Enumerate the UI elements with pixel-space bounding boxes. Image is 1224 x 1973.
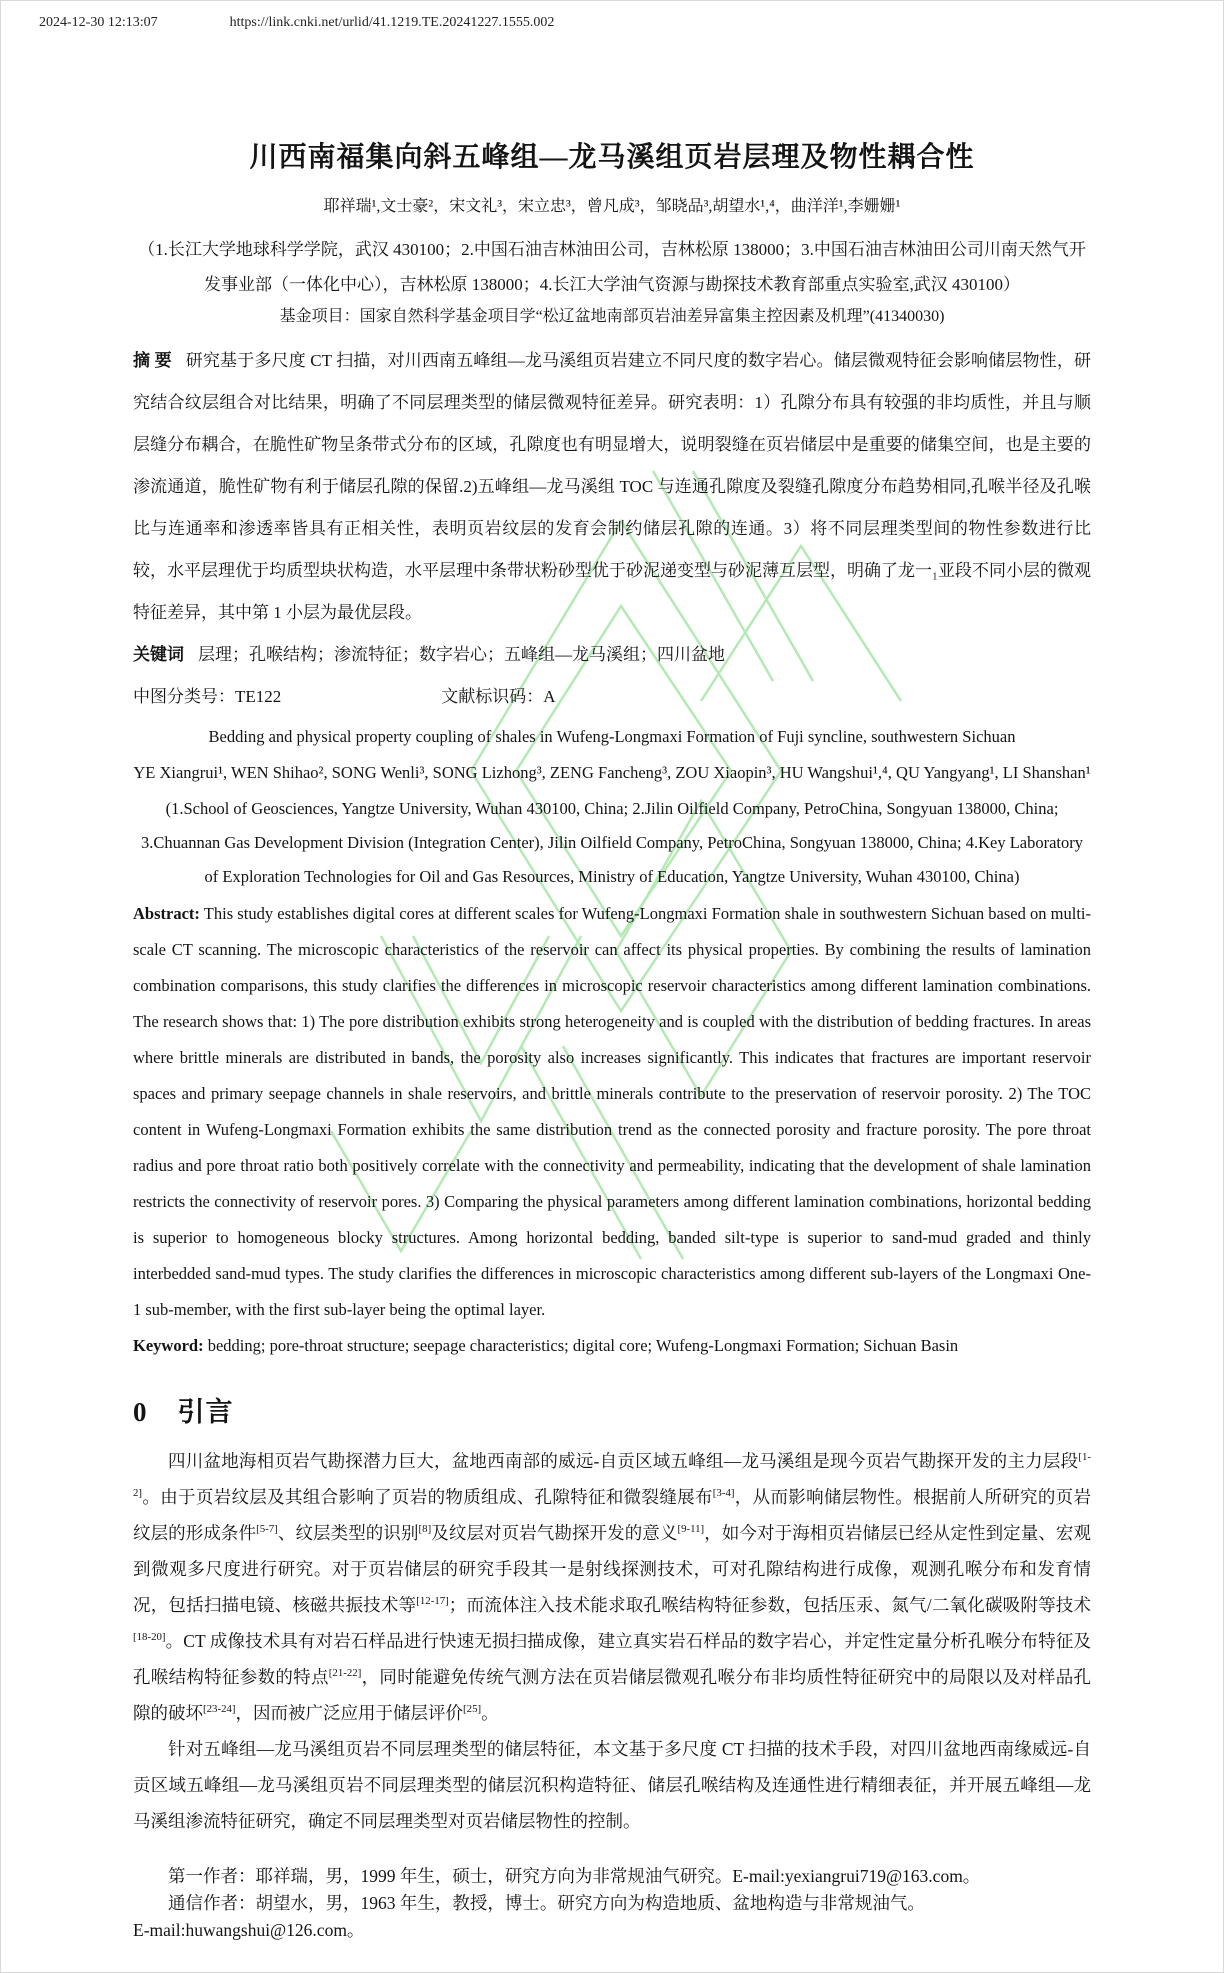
keywords-zh: 关键词层理；孔喉结构；渗流特征；数字岩心；五峰组—龙马溪组；四川盆地 [133, 634, 1091, 676]
abstract-en-label: Abstract: [133, 904, 200, 923]
funding-note: 基金项目：国家自然科学基金项目学“松辽盆地南部页岩油差异富集主控因素及机理”(4… [133, 302, 1091, 332]
section-title: 引言 [178, 1397, 234, 1427]
abstract-en-text: This study establishes digital cores at … [133, 904, 1091, 1319]
section-heading-intro: 0引言 [133, 1390, 1091, 1429]
abstract-zh: 摘 要研究基于多尺度 CT 扫描，对川西南五峰组—龙马溪组页岩建立不同尺度的数字… [133, 340, 1091, 634]
capture-header: 2024-12-30 12:13:07 https://link.cnki.ne… [1, 1, 1223, 31]
affiliations-zh: （1.长江大学地球科学学院，武汉 430100；2.中国石油吉林油田公司，吉林松… [133, 232, 1091, 302]
keywords-en: Keyword: bedding; pore-throat structure;… [133, 1328, 1091, 1364]
abstract-zh-text: 研究基于多尺度 CT 扫描，对川西南五峰组—龙马溪组页岩建立不同尺度的数字岩心。… [133, 351, 1091, 622]
keywords-zh-label: 关键词 [133, 645, 184, 664]
paper-body: 川西南福集向斜五峰组—龙马溪组页岩层理及物性耦合性 耶祥瑞¹,文士豪²，宋文礼³… [1, 135, 1223, 1944]
clc-row: 中图分类号：TE122 文献标识码：A [133, 676, 1091, 718]
paper-title-en: Bedding and physical property coupling o… [133, 720, 1091, 754]
capture-timestamp: 2024-12-30 12:13:07 [39, 15, 158, 31]
source-url: https://link.cnki.net/urlid/41.1219.TE.2… [230, 15, 555, 31]
abstract-en: Abstract: This study establishes digital… [133, 896, 1091, 1328]
corresponding-author-note: 通信作者：胡望水，男，1963 年生，教授，博士。研究方向为构造地质、盆地构造与… [133, 1890, 1091, 1917]
paper-title-zh: 川西南福集向斜五峰组—龙马溪组页岩层理及物性耦合性 [133, 135, 1091, 175]
author-note-footer: 第一作者：耶祥瑞，男，1999 年生，硕士，研究方向为非常规油气研究。E-mai… [133, 1863, 1091, 1944]
first-author-note: 第一作者：耶祥瑞，男，1999 年生，硕士，研究方向为非常规油气研究。E-mai… [133, 1863, 1091, 1890]
abstract-zh-label: 摘 要 [133, 351, 172, 370]
document-code: 文献标识码：A [441, 676, 555, 718]
intro-paragraph-2: 针对五峰组—龙马溪组页岩不同层理类型的储层特征，本文基于多尺度 CT 扫描的技术… [133, 1731, 1091, 1839]
keywords-en-label: Keyword: [133, 1336, 204, 1355]
keywords-en-text: bedding; pore-throat structure; seepage … [208, 1336, 958, 1355]
authors-zh: 耶祥瑞¹,文士豪²，宋文礼³，宋立忠³，曾凡成³，邹晓品³,胡望水¹,⁴，曲洋洋… [133, 193, 1091, 216]
document-page: 2024-12-30 12:13:07 https://link.cnki.ne… [0, 0, 1224, 1973]
intro-paragraph-1: 四川盆地海相页岩气勘探潜力巨大，盆地西南部的威远-自贡区域五峰组—龙马溪组是现今… [133, 1443, 1091, 1731]
keywords-zh-text: 层理；孔喉结构；渗流特征；数字岩心；五峰组—龙马溪组；四川盆地 [198, 645, 725, 664]
section-number: 0 [133, 1397, 148, 1427]
authors-en: YE Xiangrui¹, WEN Shihao², SONG Wenli³, … [133, 756, 1091, 790]
corresponding-author-email: E-mail:huwangshui@126.com。 [133, 1917, 1091, 1944]
clc-number: 中图分类号：TE122 [133, 676, 281, 718]
affiliations-en: (1.School of Geosciences, Yangtze Univer… [133, 792, 1091, 894]
